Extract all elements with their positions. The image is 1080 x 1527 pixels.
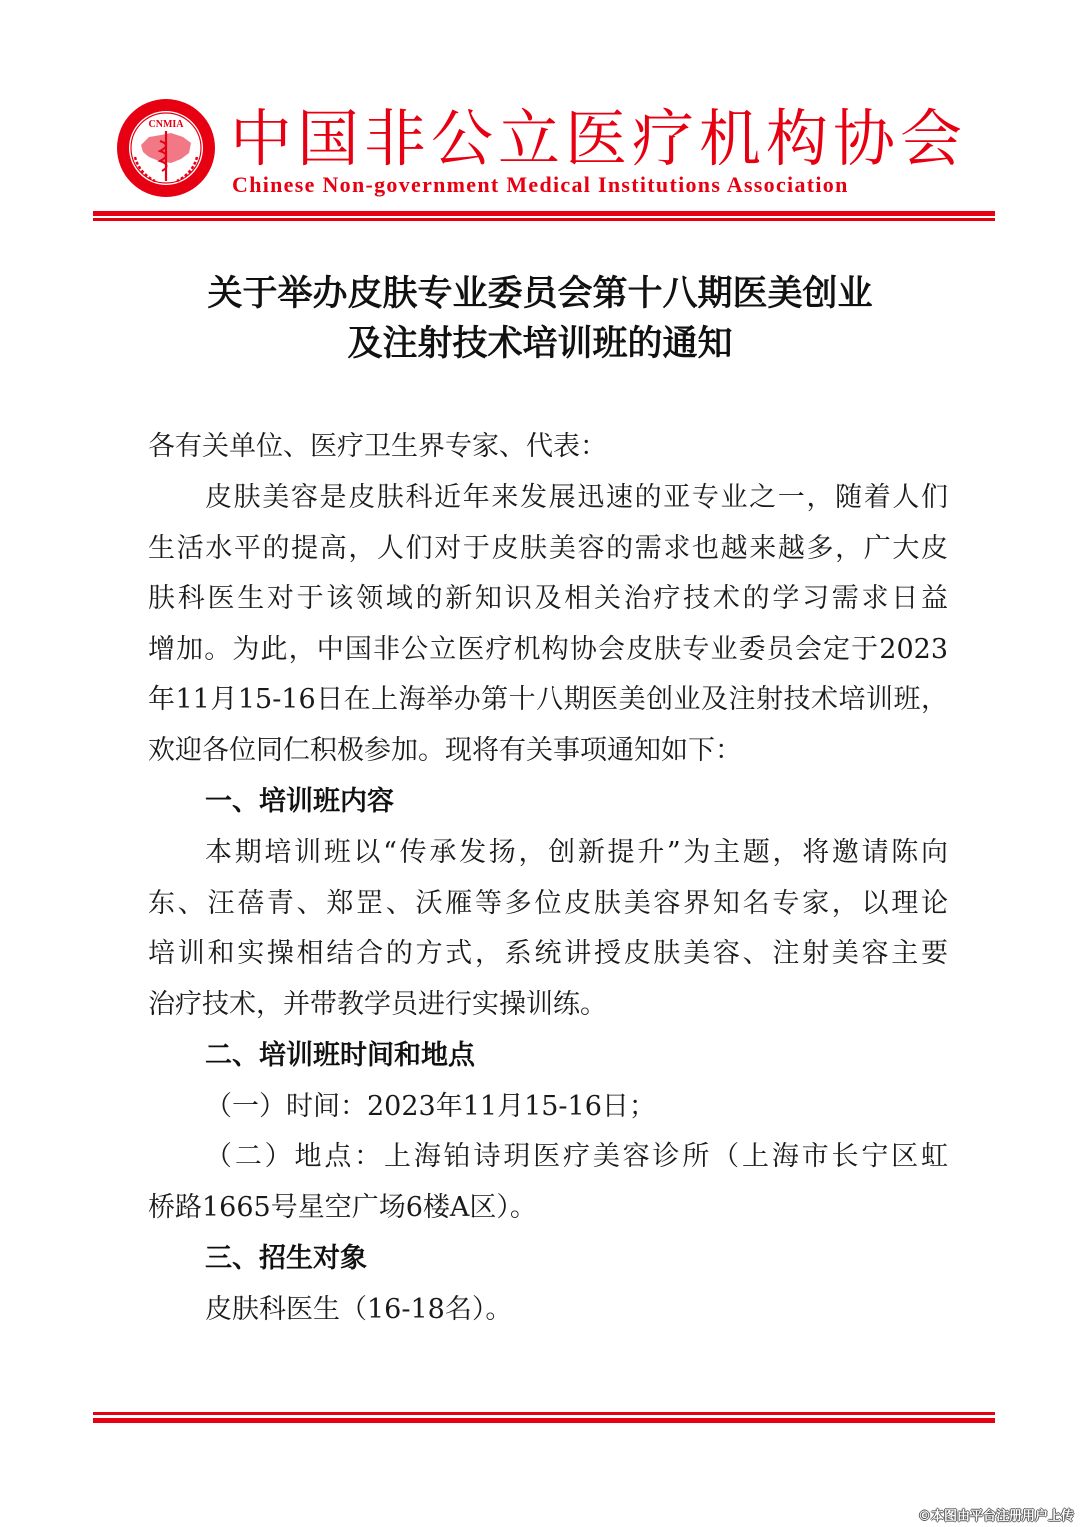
section-heading-content: 一、培训班内容 bbox=[205, 782, 394, 822]
section-line: 培训和实操相结合的方式，系统讲授皮肤美容、注射美容主要 bbox=[148, 934, 948, 974]
intro-line: 肤科医生对于该领域的新知识及相关治疗技术的学习需求日益 bbox=[148, 579, 948, 619]
header-rule-thin bbox=[93, 218, 995, 221]
salutation: 各有关单位、医疗卫生界专家、代表： bbox=[148, 427, 607, 467]
footer-rule-thick bbox=[93, 1418, 995, 1423]
section-line: 治疗技术，并带教学员进行实操训练。 bbox=[148, 985, 607, 1025]
intro-line: 年11月15-16日在上海举办第十八期医美创业及注射技术培训班， bbox=[148, 680, 948, 720]
intro-line: 生活水平的提高，人们对于皮肤美容的需求也越来越多，广大皮 bbox=[148, 529, 948, 569]
intro-line: 欢迎各位同仁积极参加。现将有关事项通知如下： bbox=[148, 731, 742, 771]
document-title-line-2: 及注射技术培训班的通知 bbox=[0, 320, 1080, 368]
section-line: 本期培训班以“传承发扬，创新提升”为主题，将邀请陈向 bbox=[205, 833, 948, 873]
footer-rule-thin bbox=[93, 1412, 995, 1415]
section-heading-enrollment: 三、招生对象 bbox=[205, 1239, 367, 1279]
header-rule-thick bbox=[93, 211, 995, 216]
intro-line: 皮肤美容是皮肤科近年来发展迅速的亚专业之一，随着人们 bbox=[205, 478, 948, 518]
section-heading-time-location: 二、培训班时间和地点 bbox=[205, 1036, 475, 1076]
section-line: 东、汪蓓青、郑罡、沃雁等多位皮肤美容界知名专家，以理论 bbox=[148, 884, 948, 924]
org-name-cn: 中国非公立医疗机构协会 bbox=[230, 104, 980, 174]
document-title-line-1: 关于举办皮肤专业委员会第十八期医美创业 bbox=[0, 270, 1080, 318]
platform-watermark: ©本图由平台注册用户上传 bbox=[918, 1508, 1074, 1526]
enrollment-line: 皮肤科医生（16-18名）。 bbox=[205, 1290, 512, 1330]
association-logo: CNMIA bbox=[105, 97, 227, 199]
time-line: （一）时间：2023年11月15-16日； bbox=[205, 1087, 656, 1127]
svg-text:CNMIA: CNMIA bbox=[149, 119, 185, 130]
location-line: 桥路1665号星空广场6楼A区）。 bbox=[148, 1188, 537, 1228]
location-line: （二）地点：上海铂诗玥医疗美容诊所（上海市长宁区虹 bbox=[205, 1137, 948, 1177]
org-name-en: Chinese Non-government Medical Instituti… bbox=[232, 172, 992, 198]
intro-line: 增加。为此，中国非公立医疗机构协会皮肤专业委员会定于2023 bbox=[148, 630, 948, 670]
cnmia-seal-icon: CNMIA bbox=[105, 97, 227, 199]
